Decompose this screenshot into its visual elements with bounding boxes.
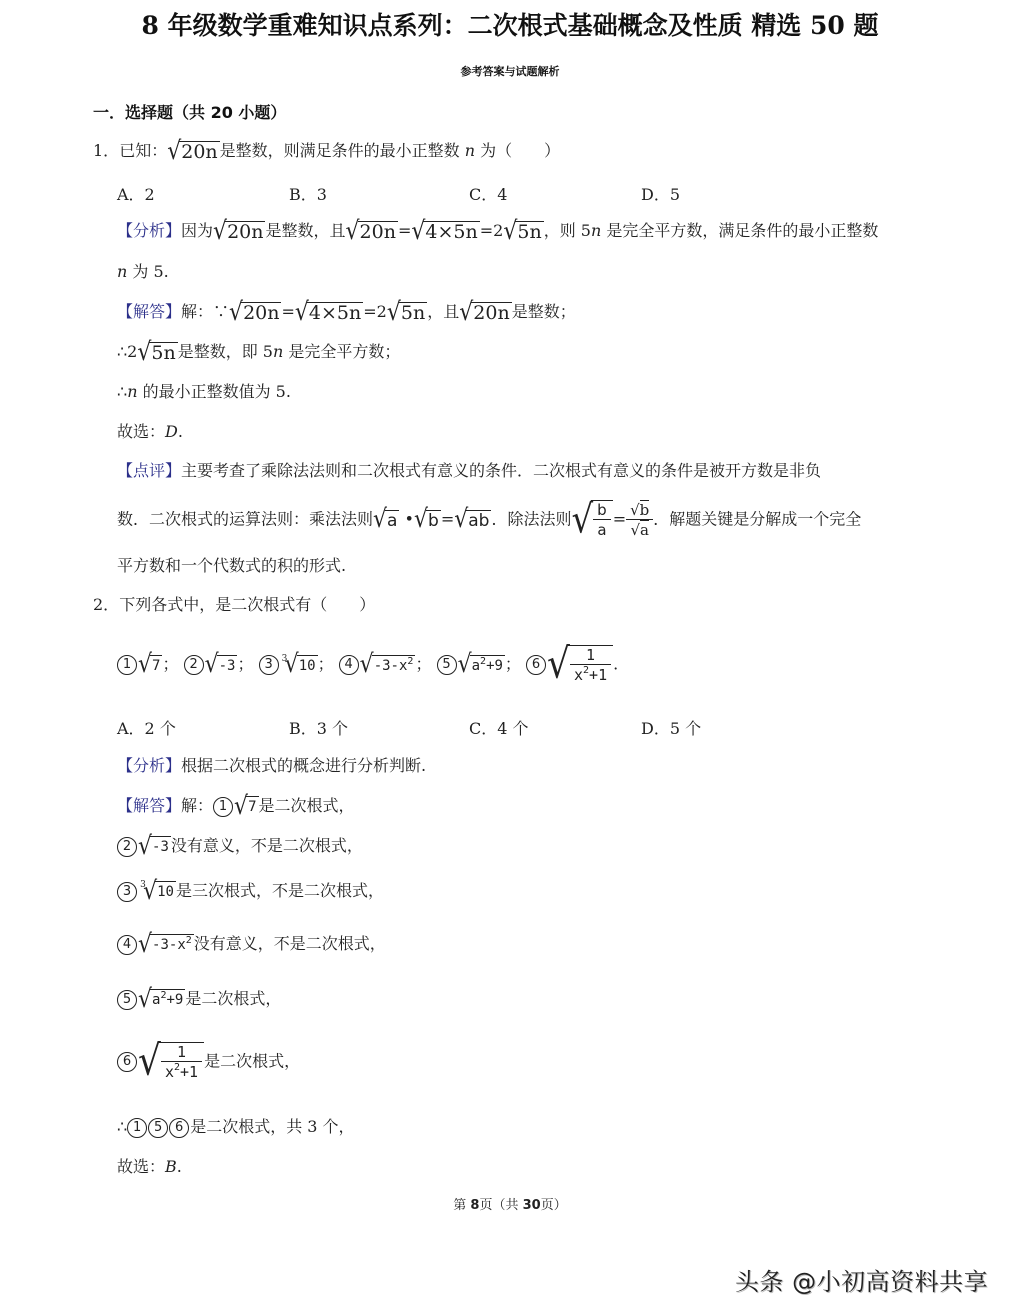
- text: 是完全平方数；: [283, 342, 400, 361]
- q2-stem: 2．下列各式中，是二次根式有（ ）: [93, 594, 375, 616]
- document-subtitle: 参考答案与试题解析: [0, 63, 1020, 79]
- q2-final-answer: 故选：B.: [117, 1156, 182, 1178]
- radicand: -3-x: [152, 937, 186, 953]
- sqrt-fraction: √ba: [572, 500, 613, 540]
- q1-comment-line2: 数．二次根式的运算法则：乘法法则√a •√b=√ab．除法法则√ba=√b√a．…: [117, 500, 861, 540]
- denominator: a: [640, 520, 649, 539]
- numerator: 1: [161, 1043, 202, 1062]
- q1-option-b: B．3: [289, 182, 327, 205]
- circled-number: 5: [148, 1118, 168, 1138]
- text: 是二次根式，: [204, 1052, 300, 1071]
- radicand: 10: [155, 881, 176, 902]
- exponent: 2: [186, 935, 192, 946]
- circled-number: 1: [127, 1118, 147, 1138]
- sqrt-fraction: √1x2+1: [547, 645, 613, 685]
- text: ．除法法则: [491, 510, 571, 529]
- text: 是完全平方数，满足条件的最小正整数: [601, 221, 878, 240]
- multiply-dot: •: [399, 510, 414, 529]
- page-footer: 第 8页（共 30页）: [0, 1194, 1020, 1213]
- sqrt-expression: √a2+9: [138, 988, 185, 1011]
- q2-solution-line6: 6√1x2+1是二次根式，: [117, 1042, 300, 1082]
- text: 根据二次根式的概念进行分析判断.: [181, 756, 426, 775]
- variable: n: [127, 382, 137, 401]
- text: 没有意义，不是二次根式，: [171, 836, 363, 855]
- separator: ；: [415, 655, 431, 674]
- text: 因为: [181, 221, 213, 240]
- q2-solution-line4: 4√-3-x2没有意义，不是二次根式，: [117, 933, 386, 956]
- equals: =2: [363, 302, 387, 321]
- radicand: 4×5n: [423, 221, 479, 242]
- text: 是二次根式，: [185, 989, 281, 1008]
- equals: =: [398, 221, 411, 240]
- document-title: 8 年级数学重难知识点系列：二次根式基础概念及性质 精选 50 题: [0, 6, 1020, 42]
- exponent: 2: [174, 1062, 180, 1073]
- text: 数．二次根式的运算法则：乘法法则: [117, 510, 373, 529]
- radicand: -3: [150, 836, 171, 857]
- radicand: 20n: [241, 302, 281, 323]
- variable: n: [591, 221, 601, 240]
- therefore-symbol: ∴: [117, 1117, 127, 1136]
- q2-solution-line2: 2√-3没有意义，不是二次根式，: [117, 835, 363, 858]
- numerator: b: [593, 501, 611, 520]
- separator: ；: [318, 655, 334, 674]
- text: 页（共: [479, 1198, 522, 1213]
- text: 没有意义，不是二次根式，: [194, 934, 386, 953]
- equals: =: [281, 302, 294, 321]
- radicand: 20n: [179, 141, 219, 162]
- q1-option-d: D．5: [641, 182, 680, 205]
- radicand-rest: +9: [486, 658, 503, 674]
- sqrt-expression: √-3-x2: [360, 654, 416, 677]
- sqrt-expression: √20n: [229, 301, 281, 324]
- circled-number: 5: [117, 990, 137, 1010]
- denominator-base: x: [165, 1063, 174, 1081]
- fraction-of-roots: √b√a: [626, 501, 653, 540]
- q2-conclusion: ∴156是二次根式，共 3 个，: [117, 1116, 355, 1138]
- q1-comment-line3: 平方数和一个代数式的积的形式.: [117, 555, 346, 577]
- exponent: 2: [160, 990, 166, 1001]
- radicand: 20n: [358, 221, 398, 242]
- text: 页）: [541, 1198, 567, 1213]
- exponent: 2: [407, 656, 413, 667]
- q1-stem-end: 为（ ）: [480, 141, 560, 160]
- q2-option-d: D．5 个: [641, 716, 701, 739]
- sqrt-expression: √b: [414, 509, 441, 532]
- text: ，且: [427, 302, 459, 321]
- watermark: 头条 @小初高资料共享: [735, 1262, 988, 1297]
- radicand: 20n: [471, 302, 511, 323]
- text: 是整数，且: [265, 221, 345, 240]
- q1-option-c: C．4: [469, 182, 507, 205]
- variable: n: [117, 262, 127, 281]
- circled-number: 3: [117, 882, 137, 902]
- q2-option-b: B．3 个: [289, 716, 348, 739]
- radicand: 10: [297, 655, 318, 676]
- radicand: -3: [217, 655, 238, 676]
- sqrt-expression: √20n: [167, 140, 219, 163]
- radicand: b: [426, 510, 441, 531]
- radicand: 5n: [515, 221, 543, 242]
- radicand: a: [472, 658, 480, 674]
- q1-stem: 1．已知：√20n是整数，则满足条件的最小正整数 n 为（ ）: [93, 140, 560, 163]
- cube-root-expression: 3√10: [285, 654, 318, 677]
- radicand: 5n: [149, 342, 177, 363]
- section-heading: 一．选择题（共 20 小题）: [93, 100, 286, 123]
- q2-solution-line3: 3 3√10是三次根式，不是二次根式，: [117, 880, 384, 903]
- q1-final-answer: 故选：D.: [117, 421, 183, 443]
- q1-number: 1．: [93, 141, 119, 160]
- variable: n: [273, 342, 283, 361]
- text: .: [177, 1157, 182, 1176]
- denominator-base: x: [574, 666, 583, 684]
- sqrt-expression: √20n: [213, 220, 265, 243]
- denominator-rest: +1: [180, 1063, 198, 1081]
- q1-solution-line3: ∴n 的最小正整数值为 5.: [117, 381, 291, 403]
- denominator: a: [593, 520, 611, 540]
- sqrt-expression: √7: [138, 654, 162, 677]
- text: 为 5.: [127, 262, 168, 281]
- circled-number: 6: [526, 655, 546, 675]
- text: 第: [453, 1198, 470, 1213]
- text: .: [178, 422, 183, 441]
- radicand: 20n: [225, 221, 265, 242]
- sqrt-fraction: √1x2+1: [138, 1042, 204, 1082]
- circled-number: 5: [437, 655, 457, 675]
- sqrt-expression: √20n: [459, 301, 511, 324]
- text: 是三次根式，不是二次根式，: [176, 881, 384, 900]
- q1-stem-prefix: 已知：: [119, 141, 167, 160]
- text: 是二次根式，共 3 个，: [190, 1117, 354, 1136]
- sqrt-expression: √a: [373, 509, 399, 532]
- text: 解：∵: [181, 302, 229, 321]
- equals: =: [441, 510, 454, 529]
- text: ∴: [117, 382, 127, 401]
- circled-number: 6: [117, 1052, 137, 1072]
- separator: .: [613, 655, 618, 674]
- answer-letter: D: [165, 422, 178, 441]
- analysis-tag: 【分析】: [117, 221, 181, 240]
- numerator: b: [640, 500, 650, 519]
- text: 故选：: [117, 422, 165, 441]
- text: 的最小正整数值为 5.: [138, 382, 291, 401]
- q2-analysis: 【分析】根据二次根式的概念进行分析判断.: [117, 755, 426, 777]
- denominator-rest: +1: [589, 666, 607, 684]
- text: ．解题关键是分解成一个完全: [653, 510, 861, 529]
- q1-analysis: 【分析】因为√20n是整数，且√20n=√4×5n=2√5n，则 5n 是完全平…: [117, 220, 878, 243]
- analysis-tag: 【分析】: [117, 756, 181, 775]
- numerator: 1: [570, 646, 611, 665]
- radicand: a: [385, 510, 399, 531]
- text: ∴2: [117, 342, 137, 361]
- separator: ；: [505, 655, 521, 674]
- sqrt-expression: √7: [234, 795, 258, 818]
- equals: =: [613, 510, 626, 529]
- separator: ；: [237, 655, 253, 674]
- sqrt-expression: √a2+9: [458, 654, 505, 677]
- q1-option-a: A．2: [117, 182, 155, 205]
- sqrt-expression: √5n: [503, 220, 543, 243]
- q2-expression-list: 1√7； 2√-3； 3 3√10； 4√-3-x2； 5√a2+9； 6√1x…: [117, 645, 618, 685]
- circled-number: 4: [339, 655, 359, 675]
- q2-stem-text: 下列各式中，是二次根式有（ ）: [119, 595, 375, 614]
- solution-tag: 【解答】: [117, 302, 181, 321]
- cube-root-expression: 3√10: [143, 880, 176, 903]
- q1-analysis-line2: n 为 5.: [117, 261, 169, 283]
- circled-number: 3: [259, 655, 279, 675]
- text: ，则 5: [544, 221, 591, 240]
- circled-number: 2: [184, 655, 204, 675]
- q1-solution-line2: ∴2√5n是整数，即 5n 是完全平方数；: [117, 341, 400, 364]
- sqrt-expression: √5n: [387, 301, 427, 324]
- sqrt-expression: √20n: [346, 220, 398, 243]
- radicand: 5n: [399, 302, 427, 323]
- circled-number: 6: [169, 1118, 189, 1138]
- text: 是二次根式，: [259, 796, 355, 815]
- comment-tag: 【点评】: [117, 461, 181, 480]
- sqrt-expression: √-3: [138, 835, 171, 858]
- radicand: ab: [466, 510, 491, 531]
- q2-number: 2．: [93, 595, 119, 614]
- circled-number: 2: [117, 837, 137, 857]
- circled-number: 1: [213, 797, 233, 817]
- variable: n: [465, 141, 475, 160]
- circled-number: 1: [117, 655, 137, 675]
- sqrt-expression: √4×5n: [411, 220, 479, 243]
- text: 是整数；: [512, 302, 576, 321]
- text: 故选：: [117, 1157, 165, 1176]
- q2-solution-line5: 5√a2+9是二次根式，: [117, 988, 281, 1011]
- circled-number: 4: [117, 935, 137, 955]
- exponent: 2: [583, 665, 589, 676]
- sqrt-expression: √-3: [205, 654, 238, 677]
- sqrt-expression: √4×5n: [295, 301, 363, 324]
- q2-option-a: A．2 个: [117, 716, 176, 739]
- radicand-rest: +9: [167, 992, 184, 1008]
- radicand: 4×5n: [307, 302, 363, 323]
- exponent: 2: [480, 656, 486, 667]
- answer-letter: B: [165, 1157, 177, 1176]
- text: 解：: [181, 796, 213, 815]
- radicand: -3-x: [374, 658, 408, 674]
- solution-tag: 【解答】: [117, 796, 181, 815]
- q2-option-c: C．4 个: [469, 716, 529, 739]
- q1-comment: 【点评】主要考查了乘除法法则和二次根式有意义的条件．二次根式有意义的条件是被开方…: [117, 460, 821, 482]
- separator: ；: [162, 655, 178, 674]
- equals: =2: [480, 221, 504, 240]
- text: 是整数，即 5: [178, 342, 273, 361]
- sqrt-expression: √5n: [137, 341, 177, 364]
- text: 主要考查了乘除法法则和二次根式有意义的条件．二次根式有意义的条件是被开方数是非负: [181, 461, 821, 480]
- total-pages: 30: [523, 1198, 541, 1213]
- sqrt-expression: √ab: [454, 509, 491, 532]
- q2-solution-line1: 【解答】解：1√7是二次根式，: [117, 795, 355, 818]
- q1-solution: 【解答】解：∵√20n=√4×5n=2√5n，且√20n是整数；: [117, 301, 576, 324]
- q1-stem-suffix: 是整数，则满足条件的最小正整数: [220, 141, 460, 160]
- sqrt-expression: √-3-x2: [138, 933, 194, 956]
